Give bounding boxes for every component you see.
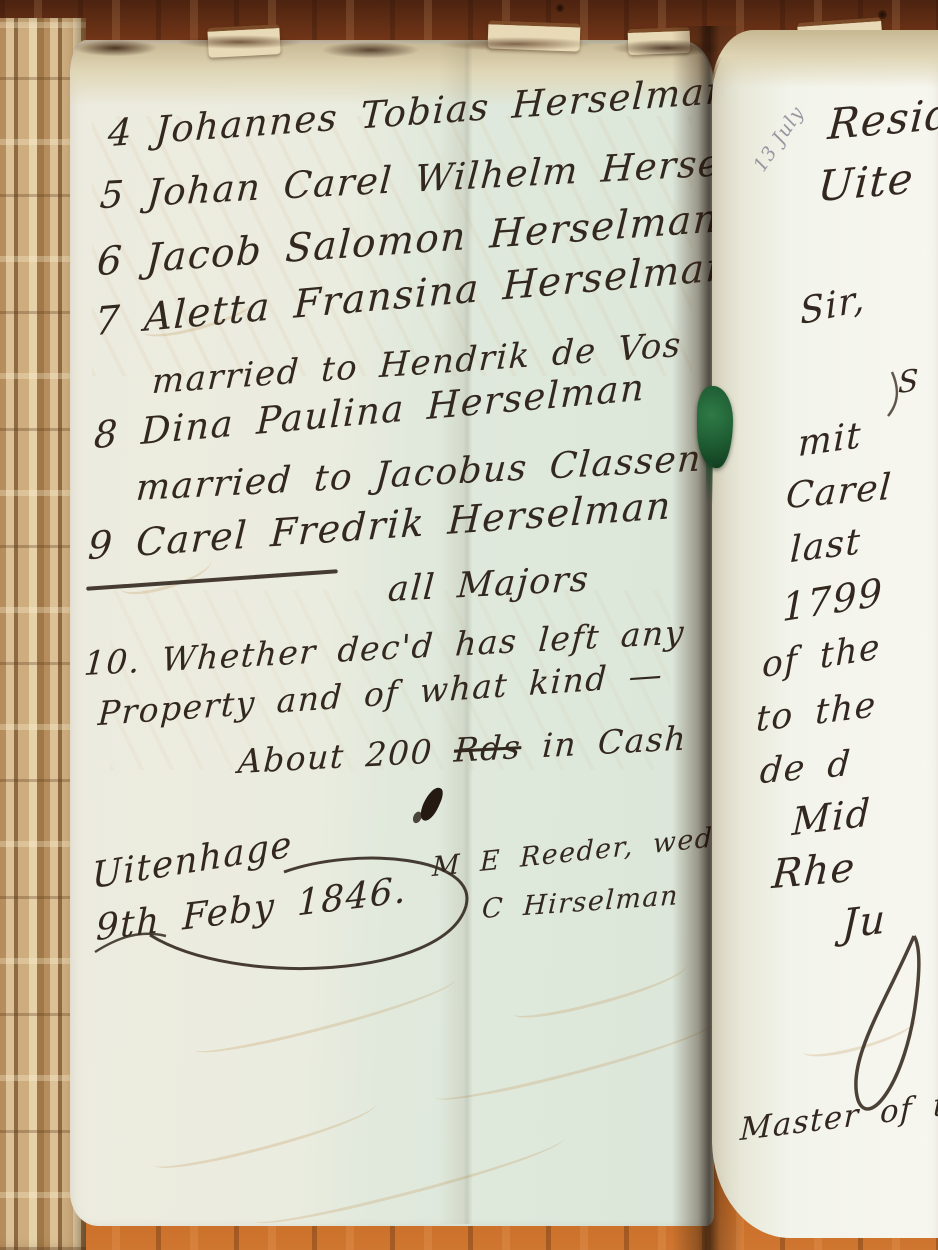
- amount-after: in Cash: [541, 718, 688, 765]
- handwritten-line: de d: [759, 744, 853, 792]
- handwritten-line: Rhe: [770, 844, 857, 898]
- handwritten-line: Resid: [826, 89, 938, 149]
- burnt-top-edge: [60, 26, 750, 66]
- green-wax-seal-drip: [706, 462, 713, 506]
- right-page-top-fold: [712, 30, 938, 88]
- handwritten-line: Ju: [841, 896, 887, 948]
- amount-struck-currency: Rds: [453, 727, 522, 770]
- archive-book-photo: 4 Johannes Tobias Herselman5 Johan Carel…: [0, 0, 938, 1250]
- wood-knot: [556, 4, 564, 12]
- green-wax-seal: [697, 386, 733, 468]
- handwritten-line: S: [898, 363, 920, 402]
- handwritten-line: Uite: [816, 153, 916, 211]
